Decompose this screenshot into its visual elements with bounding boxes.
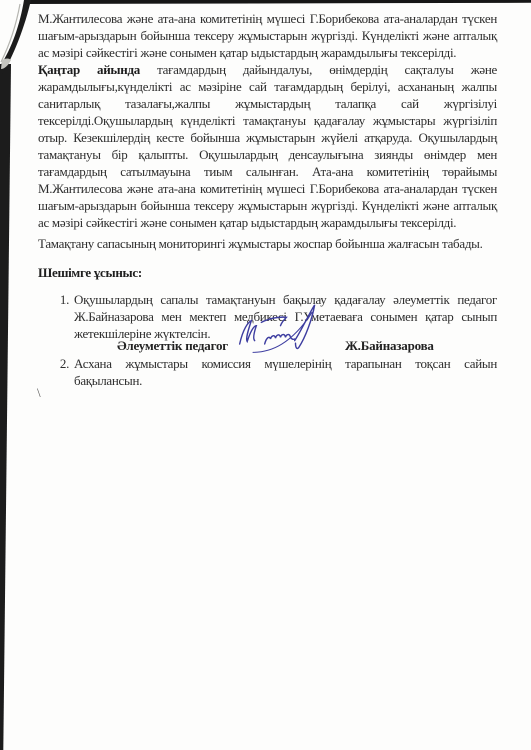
paragraph-monitoring-note: Тамақтану сапасының мониторингі жұмыстар… — [38, 235, 497, 252]
handwritten-signature — [228, 300, 328, 368]
paragraph-lead-bold: Қаңтар айында — [38, 62, 140, 77]
paragraph-january-report: Қаңтар айында тағамдардың дайындалуы, өн… — [38, 61, 497, 231]
decision-heading: Шешімге ұсыныс: — [38, 264, 497, 281]
scan-edge-left — [0, 64, 11, 750]
paragraph-report-intro: М.Жантилесова және ата-ана комитетінің м… — [38, 10, 497, 61]
paragraph-january-text: тағамдардың дайындалуы, өнімдердің сақта… — [38, 62, 497, 230]
scan-edge-top — [24, 0, 531, 4]
signature-name-label: Ж.Байназарова — [345, 338, 434, 354]
scanned-document-page: М.Жантилесова және ата-ана комитетінің м… — [0, 0, 531, 750]
stray-pen-mark: \ — [37, 385, 41, 401]
signature-role-label: Әлеуметтік педагог — [117, 338, 228, 354]
